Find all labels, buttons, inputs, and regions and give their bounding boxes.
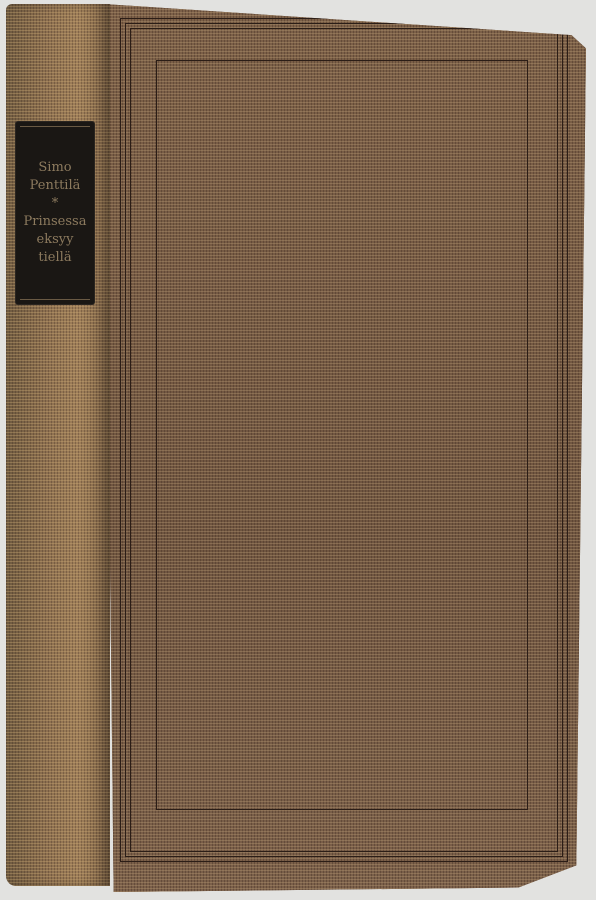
inner-border-line <box>156 60 528 810</box>
title-line-2: eksyy <box>37 231 74 249</box>
label-bottom-rule <box>20 299 90 300</box>
book-front-cover <box>104 4 586 892</box>
separator-star: * <box>52 195 59 213</box>
title-line-1: Prinsessa <box>24 213 87 231</box>
label-top-rule <box>20 126 90 127</box>
book-spine: Simo Penttilä * Prinsessa eksyy tiellä <box>6 4 110 886</box>
author-last-name: Penttilä <box>30 177 81 195</box>
title-line-3: tiellä <box>38 249 71 267</box>
spine-label: Simo Penttilä * Prinsessa eksyy tiellä <box>16 122 94 304</box>
author-first-name: Simo <box>38 159 71 177</box>
